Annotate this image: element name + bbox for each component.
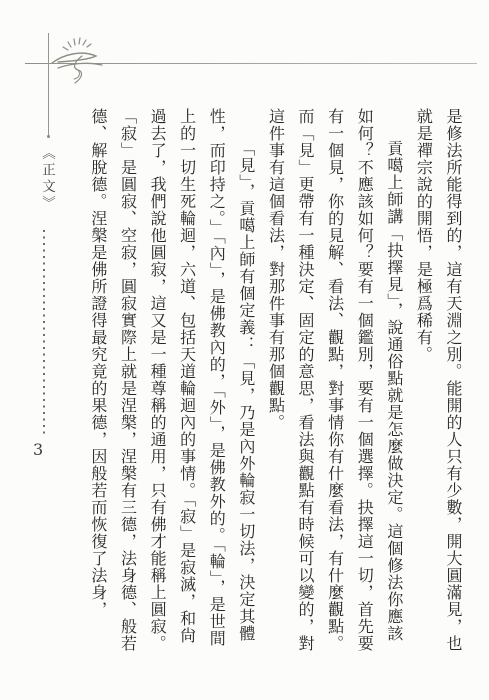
- margin-rule-tip: [47, 135, 50, 138]
- paragraph: 「見」，貢噶上師有個定義：「見，乃是內外輪寂一切法，決定其體性，而印持之。」「內…: [82, 108, 260, 655]
- margin-section-label: 《正文》: [37, 146, 57, 212]
- paragraph: 是修法所能得到的，這有天淵之別。能開的人只有少數，開大圓滿見，也就是禪宗說的開悟…: [408, 108, 467, 655]
- paragraph: 貢噶上師講「抉擇見」，說通俗點就是怎麼做決定。這個修法你應該如何？不應該如何？要…: [260, 108, 408, 655]
- page-number: 3: [33, 440, 43, 459]
- body-text: 是修法所能得到的，這有天淵之別。能開的人只有少數，開大圓滿見，也就是禪宗說的開悟…: [82, 108, 467, 655]
- book-page: 《正文》 3 是修法所能得到的，這有天淵之別。能開的人只有少數，開大圓滿見，也就…: [0, 0, 489, 700]
- margin-dotted-line: [43, 230, 45, 438]
- flower-sketch-icon: [44, 34, 114, 92]
